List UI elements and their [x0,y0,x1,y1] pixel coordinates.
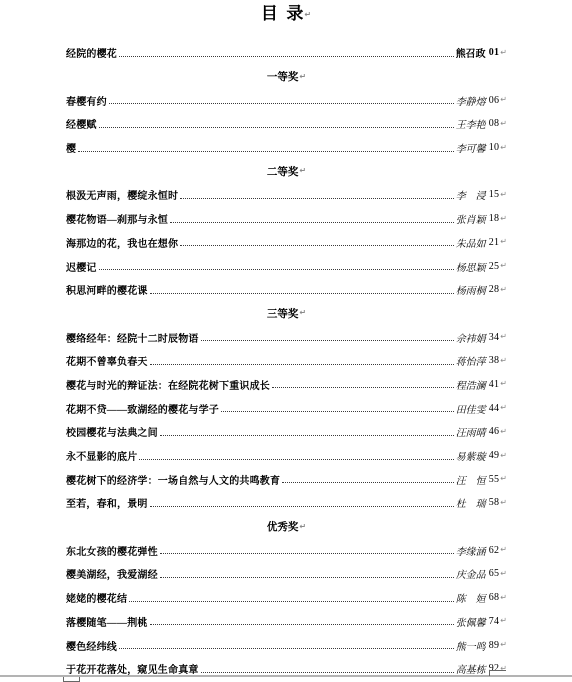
paragraph-mark-icon: ↵ [500,262,507,270]
entry-title: 樱 [66,140,76,155]
word-document-page: 目 录↵ 经院的樱花 熊召政 01 ↵ 一等奖 ↵ 春樱有约 李静熔 06 ↵ … [0,0,572,682]
dot-leader [129,594,453,602]
entry-title: 东北女孩的樱花弹性 [66,543,158,558]
dot-leader [99,262,454,270]
entry-title: 樱花与时光的辩证法：在经院花树下重识成长 [66,377,270,392]
paragraph-mark-icon: ↵ [500,617,507,625]
entry-author: 熊一鸣 [456,638,486,653]
entry-title: 根汲无声雨，樱绽永恒时 [66,187,178,202]
entry-page-number: 41 [489,379,500,390]
dot-leader [221,404,454,412]
toc-entry-row: 樱色经纬线 熊一鸣 89 ↵ [66,633,507,657]
dot-leader [78,144,453,152]
entry-title: 积思河畔的樱花课 [66,282,148,297]
dot-leader [282,475,453,483]
toc-entry-row: 东北女孩的樱花弹性 李缘涵 62 ↵ [66,538,507,562]
entry-page-number: 06 [489,95,500,106]
entry-author: 熊召政 [456,45,486,60]
dot-leader [180,191,453,199]
entry-page-number: 65 [489,568,500,579]
paragraph-mark-icon: ↵ [500,570,507,578]
entry-author: 程浩澜 [456,377,486,392]
entry-title: 至若，春和，景明 [66,495,148,510]
entry-title: 海那边的花，我也在想你 [66,235,178,250]
entry-title: 花期不曾辜负春天 [66,353,148,368]
toc-entry-row: 永不显影的底片 易紫璇 49 ↵ [66,444,507,468]
dot-leader [119,641,454,649]
entry-author: 李可馨 [456,140,486,155]
paragraph-mark-icon: ↵ [500,428,507,436]
dot-leader [160,428,454,436]
entry-author: 王李艳 [456,116,486,131]
entry-page-number: 68 [489,592,500,603]
entry-page-number: 62 [489,545,500,556]
award-section-heading: 三等奖 ↵ [66,302,507,326]
dot-leader [180,238,453,246]
entry-author: 蒋怡萍 [456,353,486,368]
dot-leader [272,380,454,388]
entry-author: 汪雨晴 [456,424,486,439]
entry-title: 樱花树下的经济学：一场自然与人文的共鸣教育 [66,472,280,487]
entry-page-number: 34 [489,332,500,343]
dot-leader [150,286,454,294]
award-section-heading: 二等奖 ↵ [66,159,507,183]
entry-author: 高基栋 [456,661,486,676]
entry-page-number: 25 [489,261,500,272]
paragraph-mark-icon: ↵ [500,475,507,483]
entry-author: 张佩馨 [456,614,486,629]
paragraph-mark-icon: ↵ [500,286,507,294]
toc-entry-row: 樱花树下的经济学：一场自然与人文的共鸣教育 汪 恒 55 ↵ [66,467,507,491]
paragraph-mark-icon: ↵ [500,546,507,554]
entry-page-number: 28 [489,284,500,295]
entry-page-number: 08 [489,118,500,129]
entry-title: 校园樱花与法典之间 [66,424,158,439]
toc-entry-row: 花期不曾辜负春天 蒋怡萍 38 ↵ [66,349,507,373]
paragraph-mark-icon: ↵ [500,144,507,152]
paragraph-mark-icon: ↵ [500,215,507,223]
entry-page-number: 55 [489,474,500,485]
award-section-heading: 优秀奖 ↵ [66,515,507,539]
entry-author: 庆金品 [456,566,486,581]
dot-leader [139,452,453,460]
toc-entry-row: 樱 李可馨 10 ↵ [66,136,507,160]
paragraph-mark-icon: ↵ [304,10,311,19]
toc-title: 目 录↵ [0,3,572,25]
entry-title: 姥姥的樱花结 [66,590,127,605]
paragraph-mark-icon: ↵ [299,309,306,317]
toc-entry-row: 姥姥的樱花结 陈 姮 68 ↵ [66,586,507,610]
entry-title: 永不显影的底片 [66,448,137,463]
toc-list: 经院的樱花 熊召政 01 ↵ 一等奖 ↵ 春樱有约 李静熔 06 ↵ 经樱赋 王… [66,41,507,681]
toc-entry-row: 花期不贷——致湖经的樱花与学子 田佳雯 44 ↵ [66,396,507,420]
dot-leader [109,96,454,104]
toc-entry-row: 于花开花落处，窥见生命真章 高基栋 92 ↵ [66,657,507,681]
entry-title: 樱花物语—刹那与永恒 [66,211,168,226]
entry-page-number: 44 [489,403,500,414]
toc-entry-row: 至若，春和，景明 杜 瑞 58 ↵ [66,491,507,515]
paragraph-mark-icon: ↵ [500,499,507,507]
entry-page-number: 89 [489,640,500,651]
entry-author: 李缘涵 [456,543,486,558]
entry-page-number: 58 [489,497,500,508]
dot-leader [170,215,454,223]
award-heading-label: 二等奖 [267,164,299,179]
page-break-line [0,675,572,677]
paragraph-mark-icon: ↵ [500,96,507,104]
entry-author: 李 浸 [456,187,486,202]
paragraph-mark-icon: ↵ [500,452,507,460]
paragraph-mark-icon: ↵ [500,404,507,412]
entry-author: 佘祎娟 [456,330,486,345]
award-section-heading: 一等奖 ↵ [66,65,507,89]
award-heading-label: 优秀奖 [267,519,299,534]
toc-entry-row: 根汲无声雨，樱绽永恒时 李 浸 15 ↵ [66,183,507,207]
entry-page-number: 21 [489,237,500,248]
paragraph-mark-icon: ↵ [500,357,507,365]
entry-author: 杨思颖 [456,259,486,274]
entry-author: 张肖颖 [456,211,486,226]
paragraph-mark-icon: ↵ [500,641,507,649]
dot-leader [150,617,454,625]
entry-page-number: 46 [489,426,500,437]
entry-title: 樱美湖经，我爱湖经 [66,566,158,581]
entry-author: 杜 瑞 [456,495,486,510]
entry-title: 迟樱记 [66,259,97,274]
toc-entry-row: 樱美湖经，我爱湖经 庆金品 65 ↵ [66,562,507,586]
entry-title: 春樱有约 [66,93,107,108]
award-heading-label: 三等奖 [267,306,299,321]
toc-entry-row: 经樱赋 王李艳 08 ↵ [66,112,507,136]
entry-title: 经院的樱花 [66,45,117,60]
dot-leader [201,665,454,673]
dot-leader [99,120,454,128]
entry-title: 于花开花落处，窥见生命真章 [66,661,199,676]
toc-entry-row: 校园樱花与法典之间 汪雨晴 46 ↵ [66,420,507,444]
paragraph-mark-icon: ↵ [500,238,507,246]
entry-author: 田佳雯 [456,401,486,416]
entry-author: 易紫璇 [456,448,486,463]
entry-page-number: 01 [489,47,500,58]
dot-leader [160,546,454,554]
entry-page-number: 74 [489,616,500,627]
entry-page-number: 15 [489,189,500,200]
award-heading-label: 一等奖 [267,69,299,84]
toc-entry-row: 落樱随笔——荆桃 张佩馨 74 ↵ [66,610,507,634]
entry-author: 杨雨桐 [456,282,486,297]
dot-leader [201,333,454,341]
entry-author: 朱品如 [456,235,486,250]
text-boundary-mark-left [63,677,80,682]
paragraph-mark-icon: ↵ [299,167,306,175]
entry-title: 经樱赋 [66,116,97,131]
toc-entry-row: 海那边的花，我也在想你 朱品如 21 ↵ [66,231,507,255]
entry-author: 汪 恒 [456,472,486,487]
dot-leader [119,49,454,57]
entry-page-number: 49 [489,450,500,461]
paragraph-mark-icon: ↵ [500,333,507,341]
entry-title: 花期不贷——致湖经的樱花与学子 [66,401,219,416]
toc-title-text: 目 录 [261,4,304,23]
toc-entry-row: 樱花与时光的辩证法：在经院花树下重识成长 程浩澜 41 ↵ [66,373,507,397]
paragraph-mark-icon: ↵ [500,191,507,199]
toc-entry-row: 樱络经年：经院十二时辰物语 佘祎娟 34 ↵ [66,325,507,349]
entry-page-number: 10 [489,142,500,153]
entry-title: 樱色经纬线 [66,638,117,653]
dot-leader [150,499,454,507]
entry-author: 陈 姮 [456,590,486,605]
paragraph-mark-icon: ↵ [500,380,507,388]
toc-entry-row: 樱花物语—刹那与永恒 张肖颖 18 ↵ [66,207,507,231]
toc-entry-row: 春樱有约 李静熔 06 ↵ [66,88,507,112]
toc-entry-row: 积思河畔的樱花课 杨雨桐 28 ↵ [66,278,507,302]
entry-author: 李静熔 [456,93,486,108]
toc-entry-row: 经院的樱花 熊召政 01 ↵ [66,41,507,65]
toc-entry-row: 迟樱记 杨思颖 25 ↵ [66,254,507,278]
paragraph-mark-icon: ↵ [299,523,306,531]
text-boundary-mark-right [489,670,506,676]
entry-title: 落樱随笔——荆桃 [66,614,148,629]
entry-page-number: 18 [489,213,500,224]
paragraph-mark-icon: ↵ [500,594,507,602]
paragraph-mark-icon: ↵ [299,73,306,81]
dot-leader [160,570,454,578]
paragraph-mark-icon: ↵ [500,120,507,128]
paragraph-mark-icon: ↵ [500,49,507,57]
entry-title: 樱络经年：经院十二时辰物语 [66,330,199,345]
entry-page-number: 38 [489,355,500,366]
dot-leader [150,357,454,365]
